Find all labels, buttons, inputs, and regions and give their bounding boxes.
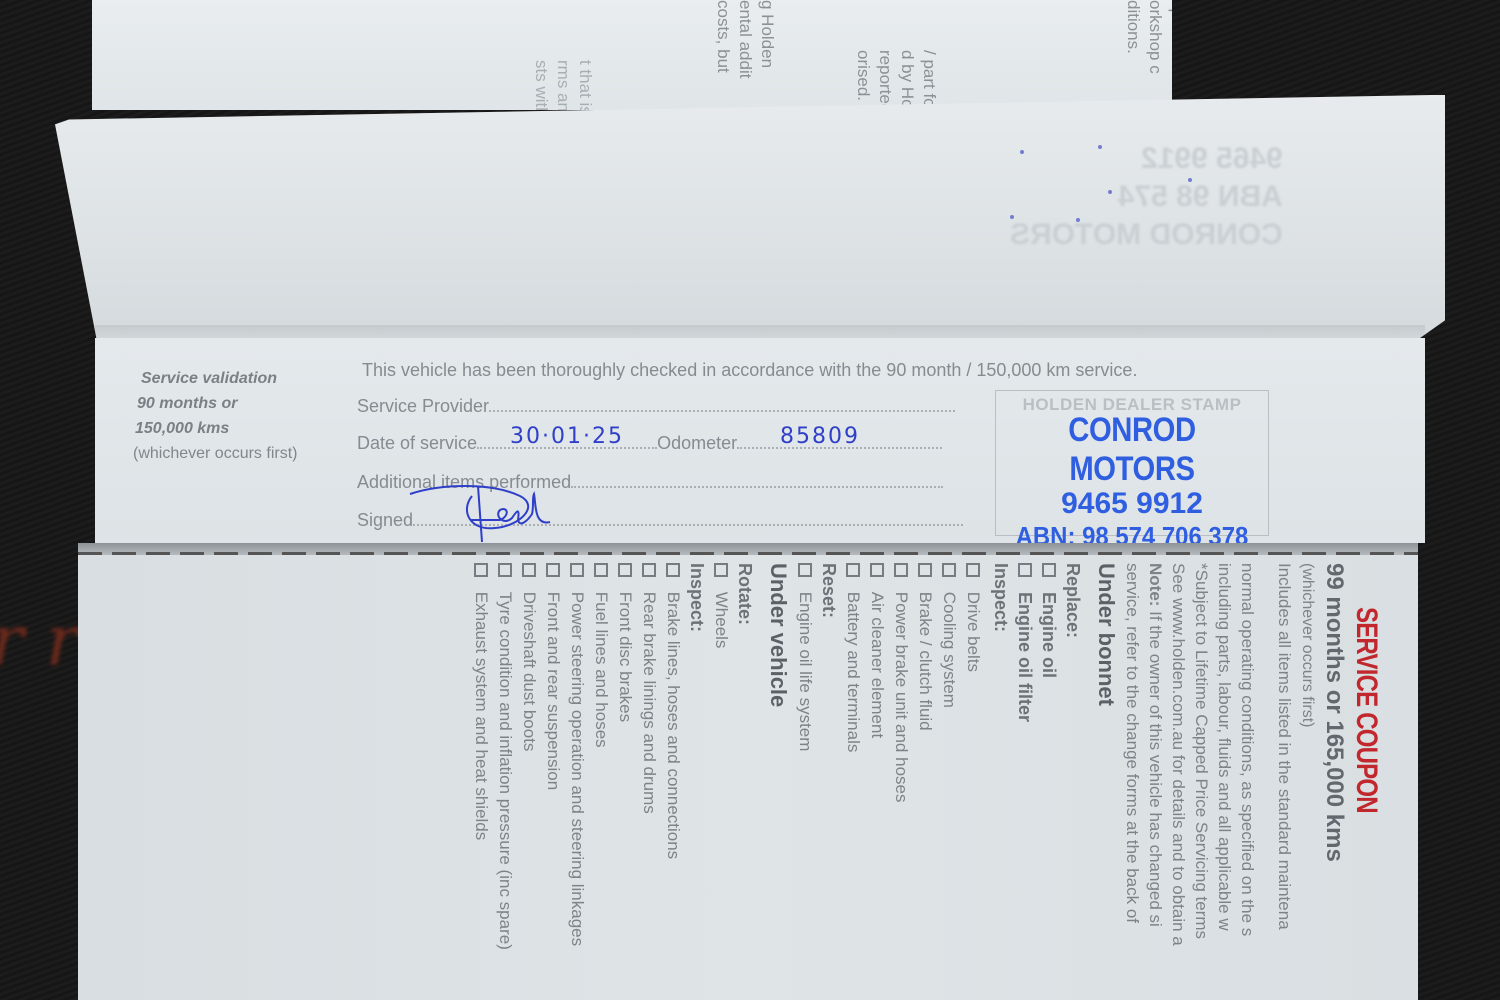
odometer-label: Odometer xyxy=(657,433,737,453)
ink-speck xyxy=(1020,150,1024,154)
checklist-item[interactable]: Engine oil xyxy=(1037,563,1061,1000)
checklist-item[interactable]: Exhaust system and heat shields xyxy=(469,563,493,1000)
checkbox-icon xyxy=(714,563,728,577)
checklist-item[interactable]: Driveshaft dust boots xyxy=(517,563,541,1000)
checkbox-icon xyxy=(618,563,632,577)
checkbox-icon xyxy=(522,563,536,577)
ink-speck xyxy=(1108,190,1112,194)
checklist-item[interactable]: Power steering operation and steering li… xyxy=(565,563,589,1000)
checkbox-icon xyxy=(798,563,812,577)
ink-speck xyxy=(1010,215,1014,219)
coupon-note: Note: If the owner of this vehicle has c… xyxy=(1144,563,1167,1000)
checkbox-icon xyxy=(474,563,488,577)
ink-speck xyxy=(1188,178,1192,182)
checkbox-icon xyxy=(1042,563,1056,577)
date-of-service-value: 30·01·25 xyxy=(510,424,624,449)
checklist-item[interactable]: Power brake unit and hoses xyxy=(889,563,913,1000)
section-under-bonnet: Under bonnet xyxy=(1091,563,1121,1000)
checklist-item[interactable]: Drive belts xyxy=(961,563,985,1000)
coupon-content: SERVICE COUPON 99 months or 165,000 kms … xyxy=(469,563,1383,1000)
checklist-item[interactable]: Brake / clutch fluid xyxy=(913,563,937,1000)
section-under-vehicle: Under vehicle xyxy=(763,563,793,1000)
service-coupon: SERVICE COUPON 99 months or 165,000 kms … xyxy=(78,555,1418,1000)
checklist-item[interactable]: Engine oil life system xyxy=(793,563,817,1000)
validation-heading: Service validation 90 months or 150,000 … xyxy=(135,366,297,466)
checklist-item[interactable]: Engine oil filter xyxy=(1013,563,1037,1000)
checkbox-icon xyxy=(666,563,680,577)
checkbox-icon xyxy=(918,563,932,577)
dealer-phone: 9465 9912 xyxy=(996,487,1268,521)
checklist-item[interactable]: Front and rear suspension xyxy=(541,563,565,1000)
coupon-title: SERVICE COUPON xyxy=(1349,607,1383,959)
top-page-column-1: listed in tspecifiedorkshop cditions. xyxy=(1122,0,1172,74)
checklist-item[interactable]: Front disc brakes xyxy=(613,563,637,1000)
checkbox-icon xyxy=(966,563,980,577)
ink-speck xyxy=(1076,218,1080,222)
checklist-item[interactable]: Brake lines, hoses and connections xyxy=(661,563,685,1000)
checkbox-icon xyxy=(942,563,956,577)
checkbox-icon xyxy=(894,563,908,577)
tear-off-perforation[interactable] xyxy=(78,543,1418,555)
top-page: listed in tspecifiedorkshop cditions. / … xyxy=(92,0,1172,110)
checkbox-icon xyxy=(498,563,512,577)
checkbox-icon xyxy=(570,563,584,577)
dealer-name: CONROD MOTORS xyxy=(1015,411,1249,489)
dealer-stamp: HOLDEN DEALER STAMP CONROD MOTORS 9465 9… xyxy=(995,390,1269,536)
checklist-item[interactable]: Wheels xyxy=(709,563,733,1000)
checkbox-icon xyxy=(546,563,560,577)
background-scrawl: r r xyxy=(0,600,79,682)
checkbox-icon xyxy=(642,563,656,577)
checklist-item[interactable]: Air cleaner element xyxy=(865,563,889,1000)
validation-statement: This vehicle has been thoroughly checked… xyxy=(362,360,1137,381)
service-validation-section: Service validation 90 months or 150,000 … xyxy=(95,338,1425,543)
top-page-column-3: g Holdenental additcosts, but xyxy=(712,0,778,78)
checkbox-icon xyxy=(870,563,884,577)
ink-speck xyxy=(1098,145,1102,149)
checkbox-icon xyxy=(846,563,860,577)
top-page-column-2: / part fourd by Holdreported torised. xyxy=(852,50,940,110)
checklist-item[interactable]: Tyre condition and inflation pressure (i… xyxy=(493,563,517,1000)
checklist-item[interactable]: Fuel lines and hoses xyxy=(589,563,613,1000)
checklist-item[interactable]: Rear brake linings and drums xyxy=(637,563,661,1000)
checkbox-icon xyxy=(594,563,608,577)
top-page-column-4: t that is norms and costs with the xyxy=(530,60,596,110)
ghost-stamp-impression: 9465 9912 ABN 98 574 CONROD MOTORS xyxy=(1010,140,1283,254)
coupon-subtitle: 99 months or 165,000 kms xyxy=(1319,563,1349,1000)
service-provider-field[interactable]: Service Provider xyxy=(357,396,955,417)
signature-icon: Paul xyxy=(400,476,590,546)
checkbox-icon xyxy=(1018,563,1032,577)
odometer-value: 85809 xyxy=(780,424,860,449)
checklist-item[interactable]: Battery and terminals xyxy=(841,563,865,1000)
checklist-item[interactable]: Cooling system xyxy=(937,563,961,1000)
